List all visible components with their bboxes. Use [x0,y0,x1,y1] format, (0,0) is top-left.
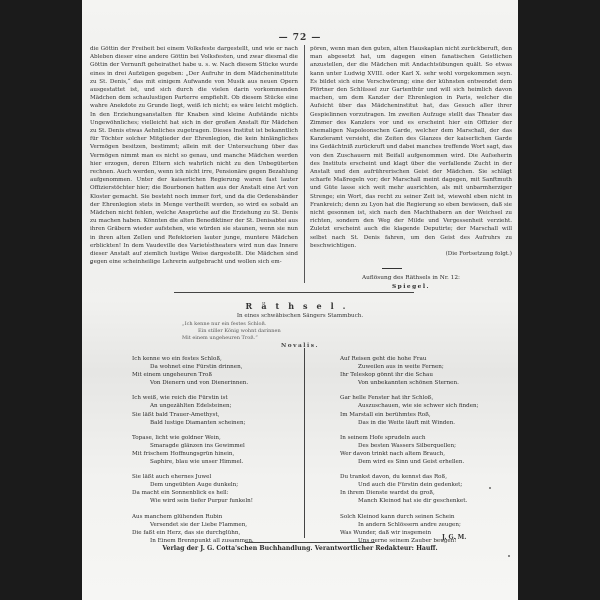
poem-right-column: Auf Reisen geht die hohe FrauZuweilen au… [340,355,510,552]
poem-line: Ich kenne wo ein festes Schloß, [132,355,312,363]
poem-line: Sie läßt bald Trauer-Amethyst, [132,411,312,419]
epigraph: „Ich kenne nur ein festes Schloß. Ein st… [182,321,281,342]
poem-stanza: Sie läßt auch ehernes JuwelDem ungeübten… [132,473,312,505]
poem-line: Das in die Weite läuft mit Winden. [340,419,510,427]
riddle-subtitle: In eines schwäbischen Sängers Stammbuch. [82,313,518,319]
poem-line: Du trankst davon, du kennst das Roß, [340,473,510,481]
poem-stanza: Auf Reisen geht die hohe FrauZuweilen au… [340,355,510,387]
poem-stanza: Gar helle Fenster hat ihr Schloß,Auszusc… [340,394,510,426]
poem-line: Uns gerne seinem Zauber beugen! [340,537,510,545]
poem-line: Mit frischem Hoffnungsgrün hinein, [132,450,312,458]
poem-line: Was Wunder, daß wir insgemein [340,529,510,537]
paper-speck [508,555,510,557]
poem-line: Da macht ein Sonnenblick es hell: [132,489,312,497]
poem-stanza: Topase, licht wie goldner Wein,Smaragde … [132,434,312,466]
page-number: — 72 — [82,33,518,43]
poem-line: Bald lustige Diamanten scheinen; [132,419,312,427]
poem-stanza: Ich kenne wo ein festes Schloß,Da wohnet… [132,355,312,387]
poem-line: Versendet sie der Liebe Flammen, [132,521,312,529]
article-text-left: die Göttin der Freiheit bei einem Volksf… [90,45,298,266]
footer-rule [245,542,375,543]
poem-line: Smaragde glänzen ins Gewimmel [132,442,312,450]
poem-line: Da wohnet eine Fürstin drinnen, [132,363,312,371]
poem-line: Sie läßt auch ehernes Juwel [132,473,312,481]
section-divider [382,268,402,269]
poem-line: In ihrem Dienste wardst du groß, [340,489,510,497]
poem-line: Dem wird es Sinn und Geist erhellen. [340,458,510,466]
poem-line: In Einem Brennpunkt all zusammen. [132,537,312,545]
poem-stanza: In seinem Hofe sprudeln auchDes besten W… [340,434,510,466]
continuation-note: (Die Fortsetzung folgt.) [310,250,512,258]
poem-line: Mit einem ungeheuren Troß [132,371,312,379]
solution-label: Auflösung des Räthsels in Nr. 12: [310,274,512,283]
poem-line: Im Marstall ein berühmtes Roß, [340,411,510,419]
poem-line: Und auch die Fürstin dein gedenket; [340,481,510,489]
poem-line: Aus manchem glühenden Rubin [132,513,312,521]
poem-stanza: Aus manchem glühenden RubinVersendet sie… [132,513,312,545]
poem-line: Ich weiß, wie reich die Fürstin ist [132,394,312,402]
poem-line: Dem ungeübten Auge dunkeln; [132,481,312,489]
poem-line: Wie wird sein tiefer Purpur funkeln! [132,497,312,505]
solution-word: Spiegel. [310,283,512,292]
epigraph-line: „Ich kenne nur ein festes Schloß. [182,321,281,328]
poem-line: Topase, licht wie goldner Wein, [132,434,312,442]
poem-line: An ungezählten Edelsteinen; [132,402,312,410]
epigraph-line: Mit einem ungeheuren Troß.“ [182,335,281,342]
poem-line: Ihr Teleskop gönnt ihr die Schau [340,371,510,379]
poem-line: Auszuschauen, wie sie schwer sich finden… [340,402,510,410]
paper-speck [90,262,92,264]
poem-line: Die faßt ein Herz, das sie durchglühn, [132,529,312,537]
poem-line: Des besten Wassers Silberquellen; [340,442,510,450]
poem-line: In andern Schlössern andre zeugen; [340,521,510,529]
poem-stanza: Du trankst davon, du kennst das Roß,Und … [340,473,510,505]
poem-column-divider [304,348,305,538]
poem-line: Zuweilen aus in weite Fernen; [340,363,510,371]
newspaper-page: — 72 — die Göttin der Freiheit bei einem… [82,0,518,600]
poem-line: Solch Kleinod kann durch seinen Schein [340,513,510,521]
poem-line: Von unbekannten schönen Sternen. [340,379,510,387]
poem-signature: J. G. M. [442,534,466,541]
riddle-solution: Auflösung des Räthsels in Nr. 12: Spiege… [310,274,512,292]
poem-line: Wer davon trinkt nach altem Brauch, [340,450,510,458]
poem-stanza: Ich weiß, wie reich die Fürstin istAn un… [132,394,312,426]
poem-line: In seinem Hofe sprudeln auch [340,434,510,442]
riddle-title: Räthsel. [82,301,518,311]
article-right-column: pören, wenn man den guten, alten Hauskap… [310,45,512,258]
poem-line: Manch Kleinod hat sie dir geschenket. [340,497,510,505]
paper-speck [489,487,491,489]
poem-stanza: Solch Kleinod kann durch seinen ScheinIn… [340,513,510,545]
article-left-column: die Göttin der Freiheit bei einem Volksf… [90,45,298,266]
poem-line: Auf Reisen geht die hohe Frau [340,355,510,363]
publisher-footer: Verlag der J. G. Cotta'schen Buchhandlun… [82,545,518,552]
article-text-right: pören, wenn man den guten, alten Hauskap… [310,45,512,250]
epigraph-author: Novalis. [82,343,518,349]
horizontal-rule [174,292,414,293]
poem-line: Saphire, blau wie unser Himmel. [132,458,312,466]
poem-left-column: Ich kenne wo ein festes Schloß,Da wohnet… [132,355,312,552]
poem-line: Von Dienern und von Dienerinnen. [132,379,312,387]
epigraph-line: Ein stiller König wohnt darinnen [182,328,281,335]
poem-line: Gar helle Fenster hat ihr Schloß, [340,394,510,402]
column-divider [304,45,305,283]
